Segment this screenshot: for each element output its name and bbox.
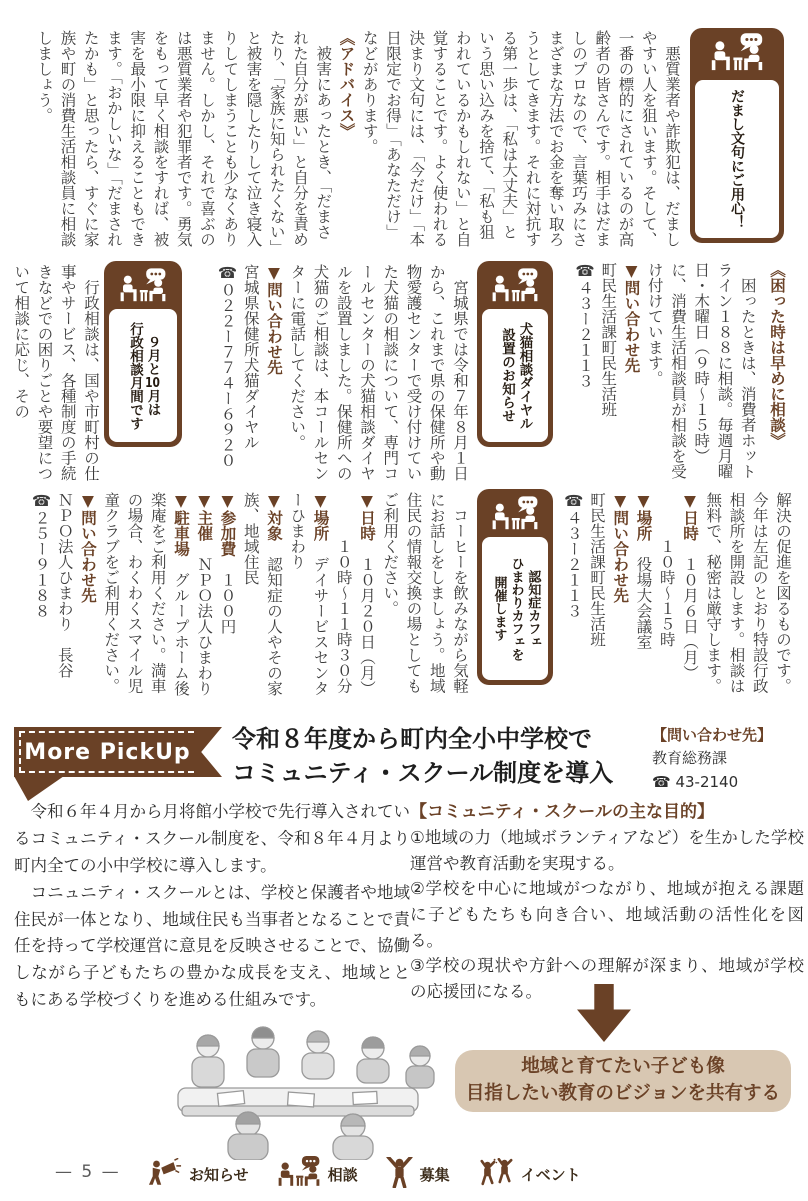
- legend-announcement-label: お知らせ: [189, 1164, 249, 1185]
- pet-dial-title: 犬猫相談ダイヤル 設置のお知らせ: [482, 309, 548, 442]
- more-pickup-ribbon: More PickUp: [14, 727, 222, 777]
- legend-announcement: お知らせ: [148, 1158, 249, 1191]
- shared-vision-line1: 地域と育てたい子ども像: [521, 1054, 725, 1081]
- admin-consult-body-1: 行政相談は、国や市町村の仕事やサービス、各種制度の手続きなどでの困りごとや要望に…: [9, 264, 102, 482]
- pickup-body-text: 令和６年４月から月将館小学校で先行導入されているコミュニティ・スクール制度を、令…: [14, 799, 410, 1014]
- fraud-title-text: だまし文句にご用心！: [729, 89, 745, 229]
- fraud-section-text: 悪質業者や詐欺犯は、だましやすい人を狙います。そして、一番の標的にされているのが…: [23, 30, 683, 248]
- shared-vision-line2: 目指したい教育のビジョンを共有する: [466, 1081, 780, 1108]
- category-legend: お知らせ: [148, 1152, 581, 1196]
- legend-consultation: 相談: [277, 1156, 358, 1192]
- admin-consult-contact-name: 町民生活課町民生活班: [585, 492, 608, 707]
- dementia-cafe-contact-label: ▼問い合わせ先: [76, 492, 99, 707]
- pickup-title-line2: コミュニティ・スクール制度を導入: [232, 756, 652, 790]
- pickup-contact-tel: ☎ 43-2140: [652, 771, 802, 794]
- dementia-cafe-section-text: コーヒーを飲みながら気軽にお話しをしましょう。地域住民の情報交換の場としてもご利…: [16, 492, 471, 707]
- pet-dial-contact-label: ▼問い合わせ先: [262, 264, 285, 482]
- dementia-cafe-title-line3: 開催します: [491, 576, 506, 641]
- legend-event: イベント: [478, 1158, 581, 1191]
- early-consult-title: 《困った時は早めに相談》: [765, 262, 788, 480]
- dementia-cafe-contact-tel: ☎２５ー９１８８: [29, 492, 52, 707]
- early-consult-section: 《困った時は早めに相談》 困ったときは、消費者ホットライン１８８に相談。毎週月曜…: [580, 262, 794, 480]
- dementia-cafe-datetime: ▼日時 １０月２０日（月） １０時〜１１時３０分: [332, 492, 379, 707]
- announcement-icon: [148, 1158, 182, 1191]
- consultation-icon: [104, 265, 182, 307]
- dementia-cafe-place: ▼場所 デイサービスセンターひまわり: [285, 492, 332, 707]
- admin-consult-title-line2: 行政相談月間です: [126, 322, 142, 430]
- event-icon: [478, 1158, 514, 1191]
- pickup-contact-heading: 【問い合わせ先】: [652, 724, 802, 747]
- admin-consult-place: ▼場所 役場大会議室: [631, 492, 654, 707]
- dementia-cafe-body: コーヒーを飲みながら気軽にお話しをしましょう。地域住民の情報交換の場としてもご利…: [378, 492, 471, 707]
- pet-dial-title-line2: 設置のお知らせ: [498, 328, 514, 423]
- early-consult-contact-tel: ☎４３ー２１１３: [573, 262, 596, 480]
- pickup-contact-name: 教育総務課: [652, 747, 802, 770]
- pet-dial-contact-tel: ☎０２２ー７７４ー６９２０: [215, 264, 238, 482]
- pickup-purpose-item-2: ②学校を中心に地域がつながり、地域が抱える課題に子どもたちも向き合い、地域活動の…: [410, 876, 804, 953]
- dementia-cafe-title-line2: ひまわりカフェを: [508, 557, 523, 661]
- shared-vision-box: 地域と育てたい子ども像 目指したい教育のビジョンを共有する: [455, 1050, 791, 1112]
- dementia-cafe-host: ▼主催 ＮＰＯ法人ひまわり: [192, 492, 215, 707]
- early-consult-contact-label: ▼問い合わせ先: [619, 262, 642, 480]
- pickup-article-title: 令和８年度から町内全小中学校で コミュニティ・スクール制度を導入: [232, 722, 652, 790]
- admin-consult-body-2: 解決の促進を図るものです。今年は左記のとおり特設行政相談所を開設します。相談は無…: [701, 492, 794, 707]
- fraud-body-2: 被害にあったとき、「だまされた自分が悪い」と自分を責めたり、「家族に知られたくな…: [32, 30, 334, 248]
- dementia-cafe-title: 認知症カフェ ひまわりカフェを 開催します: [482, 537, 548, 680]
- legend-consultation-label: 相談: [328, 1164, 358, 1185]
- admin-consult-title-line1: ９月と10月は: [144, 335, 160, 416]
- fraud-advice-heading: 《アドバイス》: [334, 30, 357, 248]
- ribbon-tail: [14, 776, 64, 801]
- page-number: — 5 —: [55, 1162, 121, 1182]
- newsletter-page: だまし文句にご用心！ 悪質業者や詐欺犯は、だましやすい人を狙います。そして、一番…: [0, 0, 808, 1201]
- admin-consult-section-header: ９月と10月は 行政相談月間です: [104, 261, 182, 447]
- pickup-body-paragraph-2: コニュニティ・スクールとは、学校と保護者や地域住民が一体となり、地域住民も当事者…: [14, 880, 410, 1014]
- pet-dial-contact-name: 宮城県保健所犬猫ダイヤル: [239, 264, 262, 482]
- legend-recruitment: 募集: [386, 1157, 450, 1192]
- dementia-cafe-section-header: 認知症カフェ ひまわりカフェを 開催します: [477, 489, 553, 685]
- consultation-icon: [477, 265, 553, 307]
- recruitment-icon: [386, 1157, 413, 1192]
- dementia-cafe-contact-name: ＮＰＯ法人ひまわり 長谷: [53, 492, 76, 707]
- consultation-icon: [690, 32, 784, 74]
- early-consult-contact-name: 町民生活課町民生活班: [596, 262, 619, 480]
- pickup-purpose-list: 【コミュニティ・スクールの主な目的】 ①地域の力（地域ボランティアなど）を生かし…: [410, 799, 804, 1004]
- early-consult-body: 困ったときは、消費者ホットライン１８８に相談。毎週月曜日・木曜日（９時〜１５時）…: [643, 262, 759, 480]
- dementia-cafe-parking: ▼駐車場 グループホーム後楽庵をご利用ください。満車の場合、わくわくスマイル児童…: [99, 492, 192, 707]
- admin-consult-contact-label: ▼問い合わせ先: [608, 492, 631, 707]
- admin-consult-datetime: ▼日時 １０月６日（月） １０時〜１５時: [655, 492, 702, 707]
- admin-consult-contact-tel: ☎４３ー２１１３: [562, 492, 585, 707]
- pet-dial-section-text: 宮城県では令和７年８月１日から、これまで県の保健所や動物愛護センターで受け付けて…: [186, 264, 471, 482]
- pickup-body-paragraph-1: 令和６年４月から月将館小学校で先行導入されているコミュニティ・スクール制度を、令…: [14, 799, 410, 880]
- fraud-section-title: だまし文句にご用心！: [695, 80, 779, 238]
- admin-consult-text-part2: 解決の促進を図るものです。今年は左記のとおり特設行政相談所を開設します。相談は無…: [545, 492, 794, 707]
- admin-consult-text-part1: 行政相談は、国や市町村の仕事やサービス、各種制度の手続きなどでの困りごとや要望に…: [14, 264, 102, 482]
- admin-consult-title: ９月と10月は 行政相談月間です: [109, 309, 177, 442]
- pickup-title-line1: 令和８年度から町内全小中学校で: [232, 722, 652, 756]
- consultation-icon: [277, 1156, 321, 1192]
- pet-dial-title-line1: 犬猫相談ダイヤル: [516, 322, 532, 430]
- fraud-body-1: 悪質業者や詐欺犯は、だましやすい人を狙います。そして、一番の標的にされているのが…: [358, 30, 684, 248]
- dementia-cafe-title-line1: 認知症カフェ: [524, 570, 539, 648]
- pickup-purpose-item-1: ①地域の力（地域ボランティアなど）を生かした学校運営や教育活動を実現する。: [410, 825, 804, 876]
- legend-recruitment-label: 募集: [420, 1164, 450, 1185]
- dementia-cafe-fee: ▼参加費 １００円: [215, 492, 238, 707]
- consultation-icon: [477, 493, 553, 535]
- dementia-cafe-target: ▼対象 認知症の人やその家族、地域住民: [239, 492, 286, 707]
- pet-dial-body: 宮城県では令和７年８月１日から、これまで県の保健所や動物愛護センターで受け付けて…: [285, 264, 471, 482]
- illustration-meeting: [148, 1008, 448, 1164]
- pickup-contact-block: 【問い合わせ先】 教育総務課 ☎ 43-2140: [652, 724, 802, 794]
- pickup-purpose-heading: 【コミュニティ・スクールの主な目的】: [410, 799, 804, 825]
- pet-dial-section-header: 犬猫相談ダイヤル 設置のお知らせ: [477, 261, 553, 447]
- fraud-section-header: だまし文句にご用心！: [690, 28, 784, 243]
- legend-event-label: イベント: [521, 1164, 581, 1185]
- more-pickup-label: More PickUp: [19, 731, 194, 773]
